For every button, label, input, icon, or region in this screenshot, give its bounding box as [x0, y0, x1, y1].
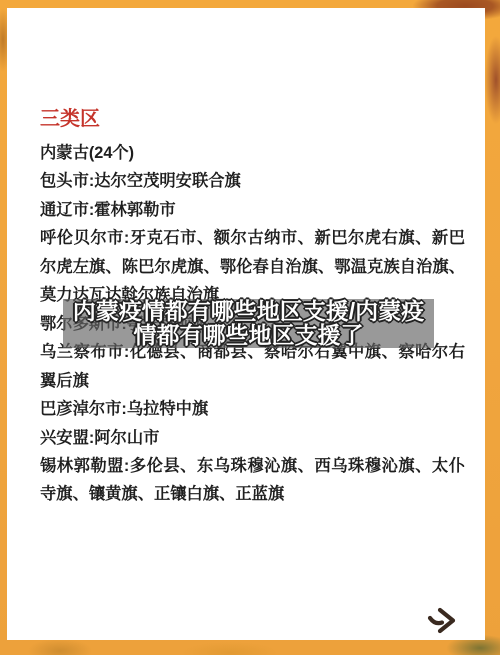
page-background: { "page": { "title": "三类区", "region_head… — [0, 0, 500, 655]
region-entry: 巴彦淖尔市:乌拉特中旗 — [40, 395, 465, 423]
region-entry: 锡林郭勒盟:多伦县、东乌珠穆沁旗、西乌珠穆沁旗、太仆寺旗、镶黄旗、正镶白旗、正蓝… — [40, 452, 465, 509]
content-card: 三类区 内蒙古(24个) 包头市:达尔空茂明安联合旗通辽市:霍林郭勒市呼伦贝尔市… — [7, 8, 485, 640]
arrow-right-icon[interactable] — [426, 603, 460, 639]
region-count-header: 内蒙古(24个) — [40, 139, 465, 167]
watermark-text-line1: 内蒙疫情都有哪些地区支援/内蒙疫 — [63, 300, 434, 324]
region-entry: 兴安盟:阿尔山市 — [40, 424, 465, 452]
region-entry: 通辽市:霍林郭勒市 — [40, 196, 465, 224]
watermark-text-line2: 情都有哪些地区支援了 — [63, 324, 434, 348]
section-title: 三类区 — [40, 107, 465, 131]
watermark-overlay: 内蒙疫情都有哪些地区支援/内蒙疫 情都有哪些地区支援了 — [63, 299, 434, 348]
region-entry: 包头市:达尔空茂明安联合旗 — [40, 167, 465, 195]
region-entry: 呼伦贝尔市:牙克石市、额尔古纳市、新巴尔虎右旗、新巴尔虎左旗、陈巴尔虎旗、鄂伦春… — [40, 224, 465, 309]
